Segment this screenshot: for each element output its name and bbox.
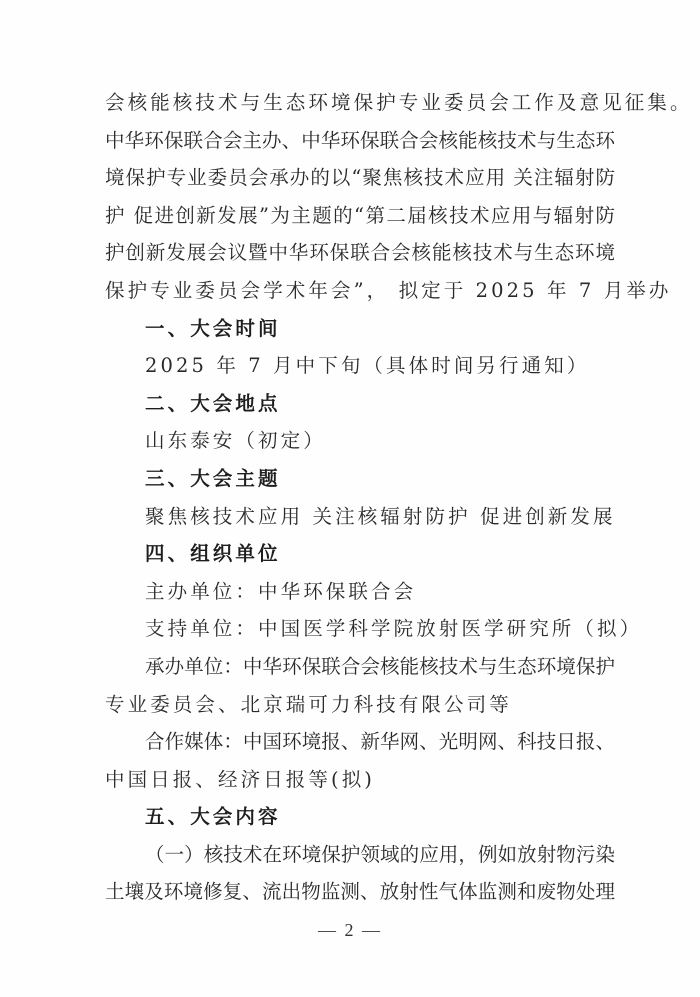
section-heading-theme: 三、大会主题: [105, 460, 615, 498]
organizer-media-line-1: 合作媒体：中国环境报、新华网、光明网、科技日报、: [105, 723, 615, 761]
intro-line-3: 境保护专业委员会承办的以“聚焦核技术应用 关注辐射防: [105, 159, 615, 197]
content-item-1-line-1: （一）核技术在环境保护领域的应用，例如放射物污染: [105, 836, 615, 874]
section-time-text: 2025 年 7 月中下旬（具体时间另行通知）: [105, 347, 615, 385]
organizer-undertaker-line-1: 承办单位：中华环保联合会核能核技术与生态环境保护: [105, 648, 615, 686]
organizer-support: 支持单位：中国医学科学院放射医学研究所（拟）: [105, 610, 615, 648]
document-page: 会核能核技术与生态环境保护专业委员会工作及意见征集。 中华环保联合会主办、中华环…: [0, 0, 700, 997]
content-item-1-line-2: 土壤及环境修复、流出物监测、放射性气体监测和废物处理: [105, 873, 615, 911]
intro-line-4: 护 促进创新发展”为主题的“第二届核技术应用与辐射防: [105, 197, 615, 235]
organizer-undertaker-line-2: 专业委员会、北京瑞可力科技有限公司等: [105, 686, 615, 724]
intro-line-1: 会核能核技术与生态环境保护专业委员会工作及意见征集。: [105, 84, 615, 122]
page-number: — 2 —: [0, 920, 700, 941]
section-theme-text: 聚焦核技术应用 关注核辐射防护 促进创新发展: [105, 498, 615, 536]
document-body: 会核能核技术与生态环境保护专业委员会工作及意见征集。 中华环保联合会主办、中华环…: [105, 84, 615, 911]
section-heading-content: 五、大会内容: [105, 798, 615, 836]
organizer-host: 主办单位：中华环保联合会: [105, 573, 615, 611]
intro-line-6: 保护专业委员会学术年会”， 拟定于 2025 年 7 月举办: [105, 272, 615, 310]
section-heading-time: 一、大会时间: [105, 310, 615, 348]
intro-line-5: 护创新发展会议暨中华环保联合会核能核技术与生态环境: [105, 234, 615, 272]
section-location-text: 山东泰安（初定）: [105, 422, 615, 460]
intro-line-2: 中华环保联合会主办、中华环保联合会核能核技术与生态环: [105, 122, 615, 160]
section-heading-organizers: 四、组织单位: [105, 535, 615, 573]
organizer-media-line-2: 中国日报、经济日报等(拟): [105, 761, 615, 799]
section-heading-location: 二、大会地点: [105, 385, 615, 423]
